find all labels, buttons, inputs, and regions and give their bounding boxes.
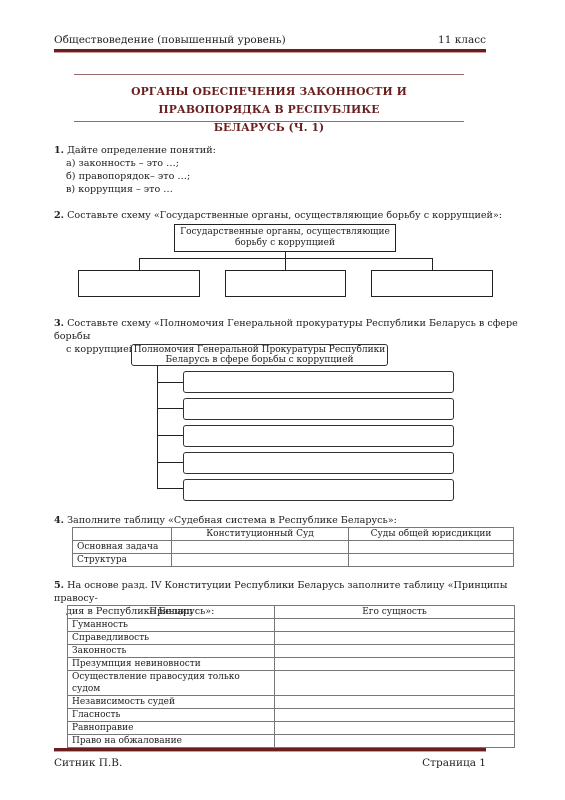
page-title-line1: ОРГАНЫ ОБЕСПЕЧЕНИЯ ЗАКОННОСТИ И ПРАВОПОР… [74,83,464,119]
table-header-cell [73,528,172,541]
page-title: ОРГАНЫ ОБЕСПЕЧЕНИЯ ЗАКОННОСТИ И ПРАВОПОР… [74,83,464,137]
scheme3-root-line1: Полномочия Генеральной Прокуратуры Респу… [132,345,387,355]
table-row-label: Основная задача [73,541,172,554]
table-row: Осуществление правосудия только судом [68,671,515,696]
task3-number: 3. [54,318,64,329]
table-row: Равноправие [68,722,515,735]
scheme3-child-box-3[interactable] [183,425,454,447]
table-row: Независимость судей [68,696,515,709]
table-cell[interactable] [275,735,515,748]
scheme2-root-line1: Государственные органы, осуществляющие [175,227,395,238]
justice-principles-table: Принцип Его сущность Гуманность Справедл… [67,605,515,748]
table-cell[interactable] [275,722,515,735]
scheme2-root-box: Государственные органы, осуществляющие б… [174,224,396,252]
table-row-label: Равноправие [68,722,275,735]
table-row-label: Законность [68,645,275,658]
scheme2-drop-3 [432,258,433,270]
court-system-table: Конституционный Суд Суды общей юрисдикци… [72,527,514,567]
table-row: Гуманность [68,619,515,632]
task3-text-line1: Составьте схему «Полномочия Генеральной … [54,318,518,342]
table-row-label: Независимость судей [68,696,275,709]
table-cell[interactable] [349,554,514,567]
task1-item-a: а) законность – это …; [66,157,190,170]
scheme3-branch-2 [157,408,183,409]
table-cell[interactable] [172,541,349,554]
table-header-row: Конституционный Суд Суды общей юрисдикци… [73,528,514,541]
table-cell[interactable] [275,619,515,632]
header-subject: Обществоведение (повышенный уровень) [54,34,286,46]
scheme3-child-box-5[interactable] [183,479,454,501]
table-row-label: Право на обжалование [68,735,275,748]
footer-page-number: Страница 1 [422,757,486,769]
footer-author: Ситник П.В. [54,757,122,769]
scheme3-branch-1 [157,382,183,383]
title-top-rule [74,74,464,75]
table-row-label: Справедливость [68,632,275,645]
table-row: Право на обжалование [68,735,515,748]
table-row: Гласность [68,709,515,722]
table-row-label: Гуманность [68,619,275,632]
task4-prompt: 4. Заполните таблицу «Судебная система в… [54,514,397,527]
table-cell[interactable] [349,541,514,554]
scheme3-root-line2: Беларусь в сфере борьбы с коррупцией [132,355,387,365]
table-row: Основная задача [73,541,514,554]
table-header-cell: Принцип [68,606,275,619]
scheme3-child-box-2[interactable] [183,398,454,420]
table-cell[interactable] [172,554,349,567]
scheme2-root-line2: борьбу с коррупцией [175,238,395,249]
table-header-cell: Его сущность [275,606,515,619]
table-cell[interactable] [275,645,515,658]
table-cell[interactable] [275,671,515,696]
task2-prompt: 2. Составьте схему «Государственные орга… [54,209,502,222]
scheme2-child-box-3[interactable] [371,270,493,297]
task2-number: 2. [54,210,64,221]
table-row-label: Презумпция невиновности [68,658,275,671]
scheme2-child-box-2[interactable] [225,270,346,297]
table-cell[interactable] [275,696,515,709]
table-cell[interactable] [275,658,515,671]
header-grade: 11 класс [438,34,486,46]
task1-text: Дайте определение понятий: [67,145,216,156]
table-row-label: Структура [73,554,172,567]
scheme3-root-box: Полномочия Генеральной Прокуратуры Респу… [131,344,388,366]
scheme3-branch-3 [157,435,183,436]
scheme2-child-box-1[interactable] [78,270,200,297]
scheme3-branch-4 [157,462,183,463]
header-rule [54,49,486,52]
footer-rule [54,748,486,751]
scheme3-trunk [157,366,158,489]
scheme2-drop-2 [285,258,286,270]
table-cell[interactable] [275,709,515,722]
table-row-label: Осуществление правосудия только судом [68,671,275,696]
table-header-cell: Суды общей юрисдикции [349,528,514,541]
task1-item-b: б) правопорядок– это …; [66,170,190,183]
task4-text: Заполните таблицу «Судебная система в Ре… [67,515,397,526]
table-row: Презумпция невиновности [68,658,515,671]
table-header-cell: Конституционный Суд [172,528,349,541]
scheme3-branch-5 [157,488,183,489]
task5-number: 5. [54,580,64,591]
task1-number: 1. [54,145,64,156]
task4-number: 4. [54,515,64,526]
task1-item-c: в) коррупция – это … [66,183,190,196]
table-row-label: Гласность [68,709,275,722]
scheme3-child-box-1[interactable] [183,371,454,393]
task1-items: а) законность – это …; б) правопорядок– … [66,157,190,196]
task2-text: Составьте схему «Государственные органы,… [67,210,502,221]
table-cell[interactable] [275,632,515,645]
task5-text-line1: На основе разд. IV Конституции Республик… [54,580,507,604]
table-header-row: Принцип Его сущность [68,606,515,619]
task1-prompt: 1. Дайте определение понятий: [54,144,216,157]
table-row: Структура [73,554,514,567]
table-row: Справедливость [68,632,515,645]
scheme3-child-box-4[interactable] [183,452,454,474]
scheme2-drop-1 [139,258,140,270]
title-bottom-rule [74,121,464,122]
table-row: Законность [68,645,515,658]
